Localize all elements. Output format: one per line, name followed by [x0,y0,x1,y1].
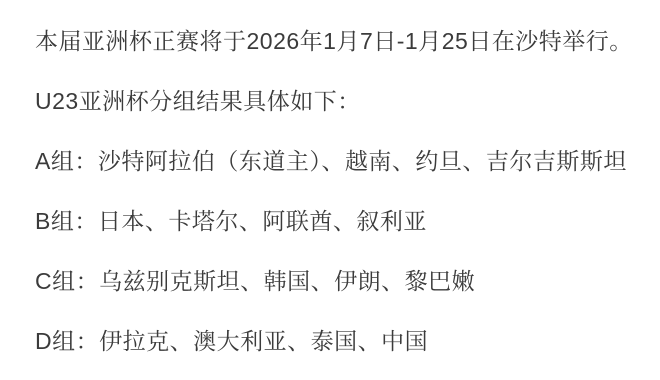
intro-paragraph: 本届亚洲杯正赛将于2026年1月7日-1月25日在沙特举行。 [35,29,642,53]
group-d-line: D组：伊拉克、澳大利亚、泰国、中国 [35,329,642,353]
subtitle-paragraph: U23亚洲杯分组结果具体如下： [35,89,642,113]
article-body: 本届亚洲杯正赛将于2026年1月7日-1月25日在沙特举行。 U23亚洲杯分组结… [0,0,660,380]
group-c-line: C组：乌兹别克斯坦、韩国、伊朗、黎巴嫩 [35,269,642,293]
group-b-line: B组：日本、卡塔尔、阿联酋、叙利亚 [35,209,642,233]
group-a-line: A组：沙特阿拉伯（东道主）、越南、约旦、吉尔吉斯斯坦 [35,149,642,173]
